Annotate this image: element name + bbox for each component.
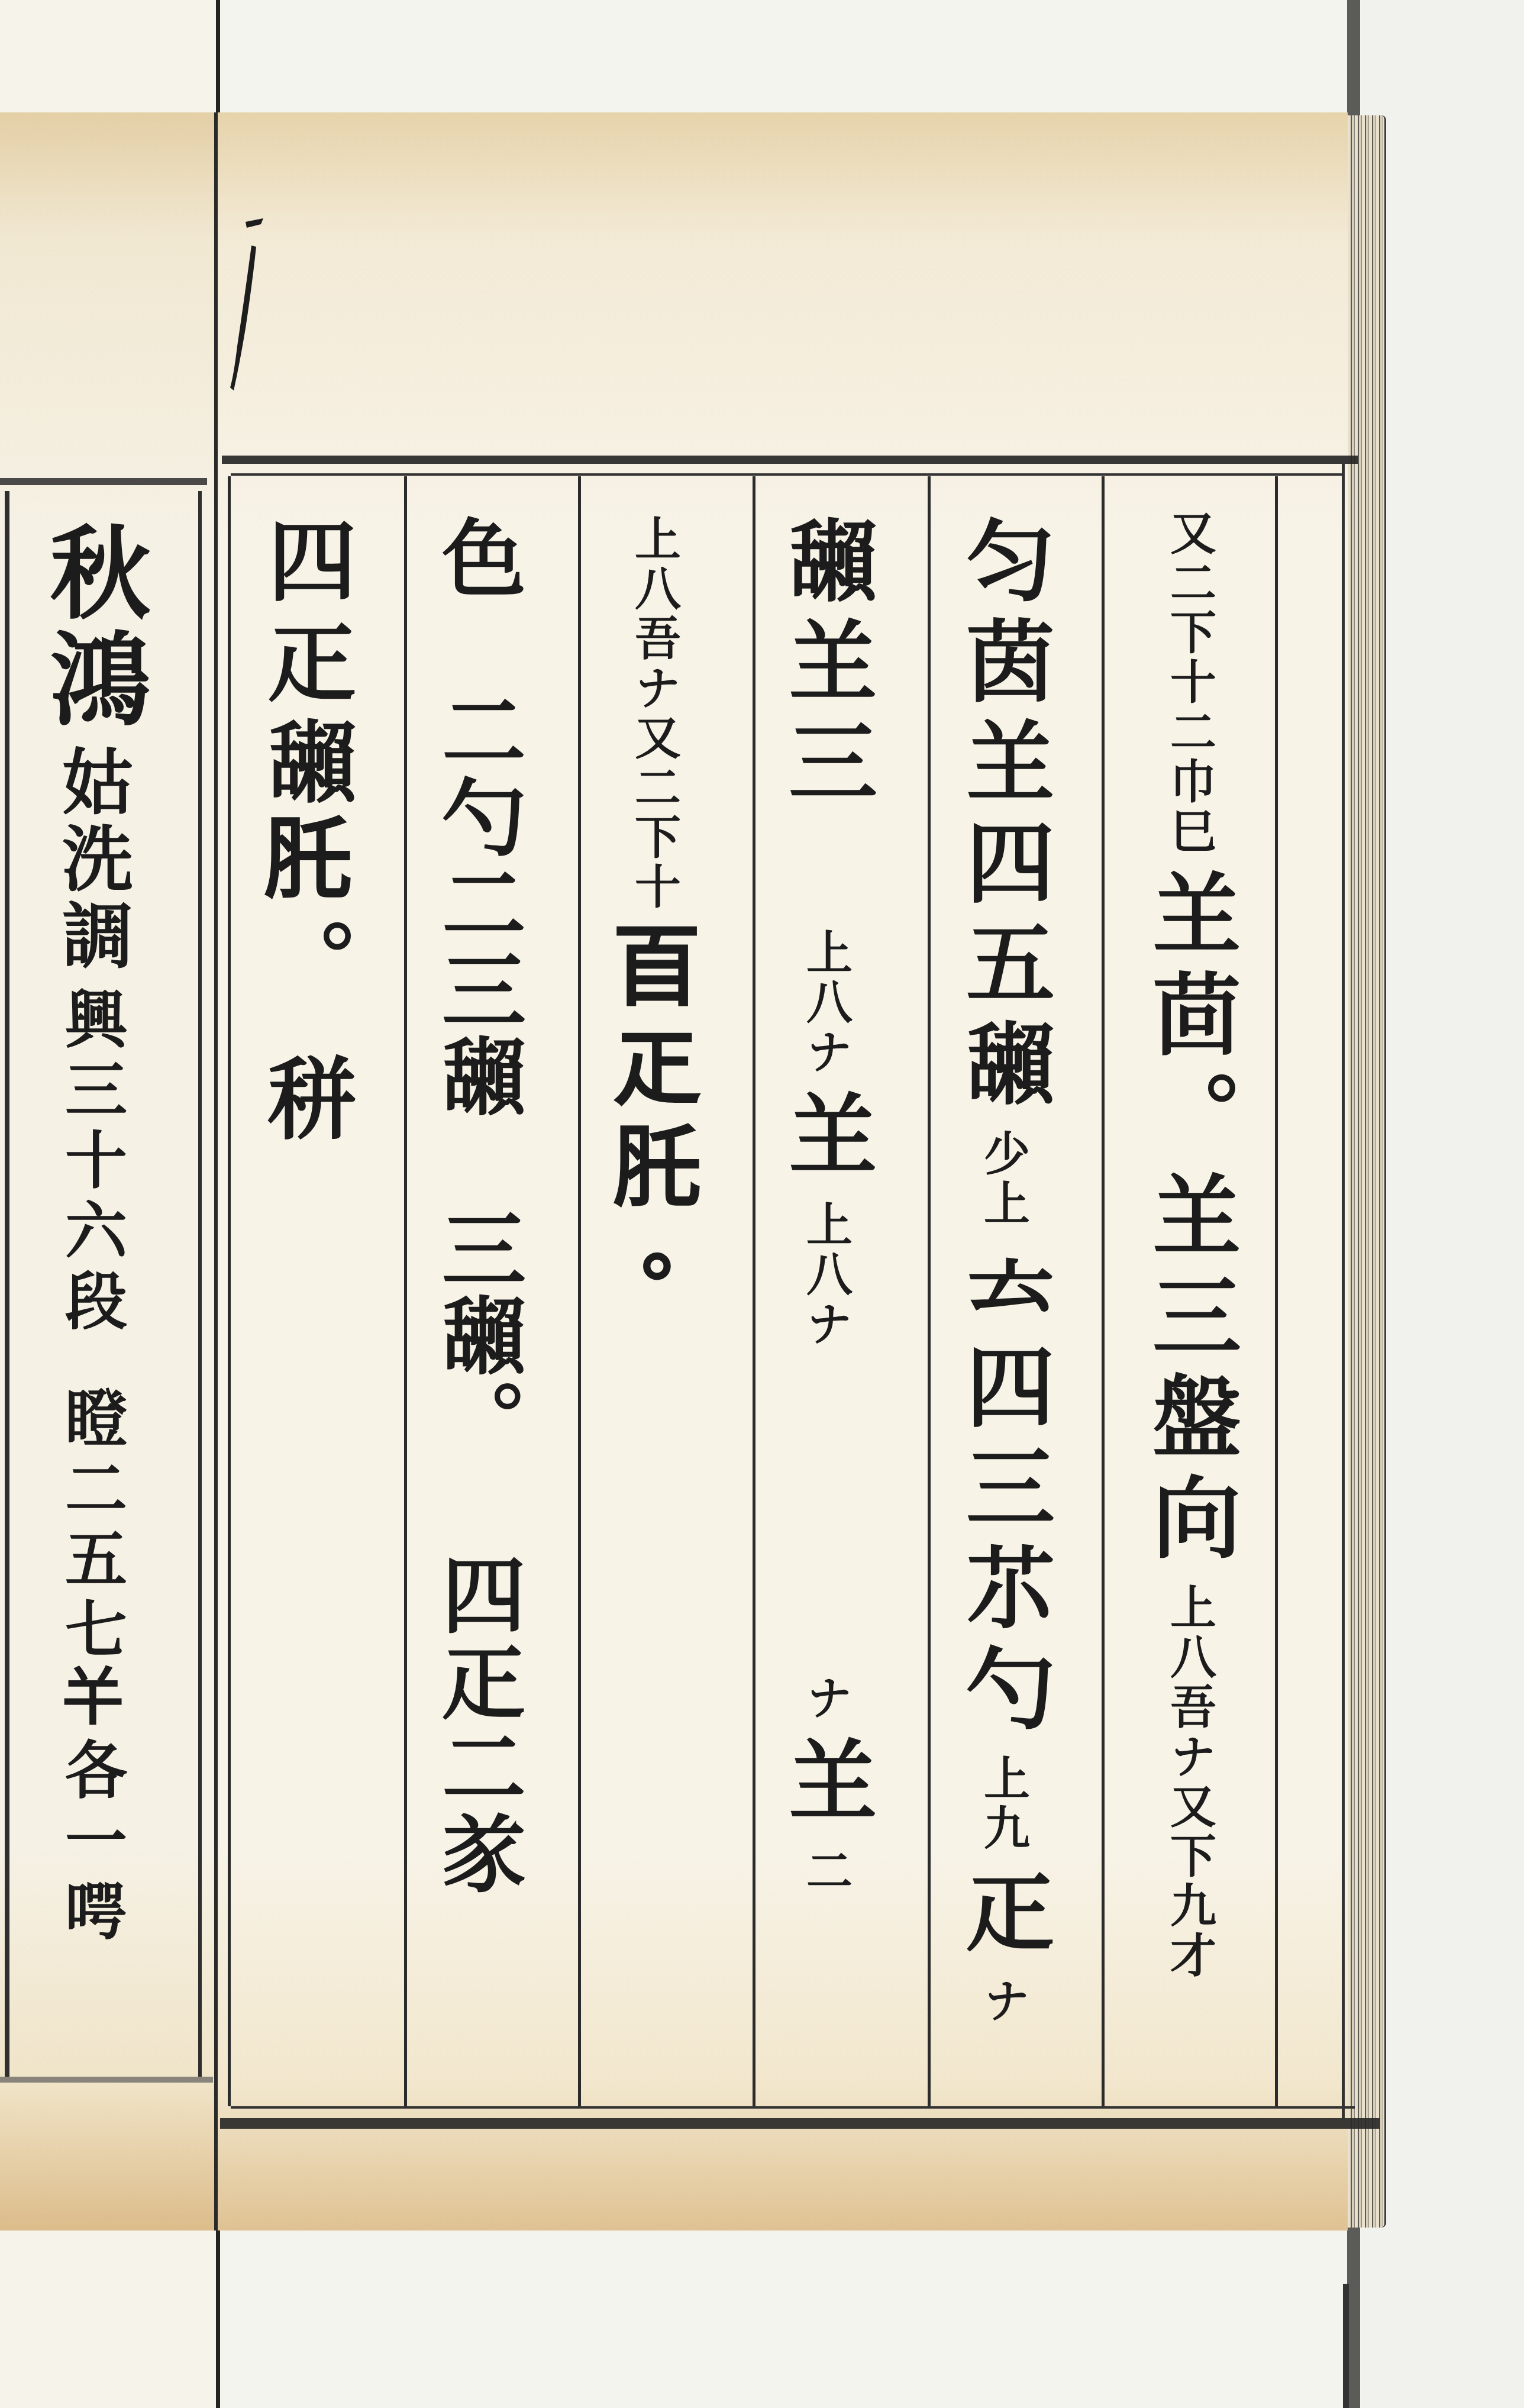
column-tablature: 𥞩 (260, 1053, 349, 1153)
column-rule (1275, 476, 1278, 2106)
column-annotation: 上九 (980, 1754, 1026, 1854)
piece-mode: 姑洗調 (56, 745, 127, 976)
column-tablature: 色𦒳二勺二三𦧺𦐆三𦧺。𠪚四𤴓二㒸 (435, 515, 519, 1897)
piece-section-count: 興三十六段 (60, 987, 122, 1339)
frame-bottom-rule (220, 2118, 1380, 2129)
frame-top-rule (222, 456, 1358, 464)
tablature-column-1: 又二下十二巾巳 𦍌茴。𦍌三盤向 上八吾ナ又下九才 (1145, 509, 1234, 1981)
column-rule (404, 476, 407, 2106)
title-column: 秋鴻 姑洗調 興三十六段 瞪二五七𢆉各一㗁 (41, 521, 142, 1949)
tablature-column-3: 𦧺𦍌三𠚑 上八ナ 𦍌 上八ナ 𦐆䒕𤴓 ナ 𦍌 二 (781, 515, 870, 1896)
column-annotation: 少上 (980, 1129, 1026, 1229)
column-tablature: 𦣻𤴓𦘴。 (609, 924, 698, 1326)
tablature-column-2: 匀茵𦍌四五𦧺 少上 𠫓四三䒕勺 上九 𤴓 ナ (958, 515, 1047, 2026)
column-annotation: ナ (802, 1674, 848, 1723)
frame-top-inner-rule (231, 473, 1343, 476)
brush-mark-icon (222, 210, 275, 405)
piece-tuning-note: 瞪二五七𢆉各一㗁 (60, 1386, 122, 1949)
column-tablature: 𦧺𦍌三𠚑 (781, 515, 870, 917)
left-frame-bottom (0, 2077, 213, 2083)
column-annotation: 上八ナ (802, 928, 848, 1077)
piece-title: 秋鴻 (41, 521, 142, 734)
column-rule (578, 476, 581, 2106)
column-tablature: 𦐆䒕𤴓 (781, 1361, 870, 1663)
left-column-rule (5, 491, 9, 2077)
book-gutter (214, 112, 218, 2231)
column-tablature: 𤴓 (958, 1865, 1047, 1965)
column-rule (753, 476, 755, 2106)
column-annotation: 又二下十二巾巳 (1166, 509, 1212, 857)
binding-strip-bottom (1343, 2284, 1349, 2408)
left-frame-top (0, 478, 207, 485)
column-tablature: 匀茵𦍌四五𦧺 (958, 515, 1047, 1118)
column-tablature: 𦍌茴。𦍌三盤向 (1145, 868, 1234, 1572)
column-tablature: 𦍌 (781, 1735, 870, 1835)
column-annotation: 上八吾ナ又二下十 (631, 515, 677, 912)
column-tablature: 𠫓四三䒕勺 (958, 1240, 1047, 1743)
frame-bottom-inner-rule (231, 2106, 1355, 2109)
column-annotation: 二 (802, 1847, 848, 1896)
column-tablature: 𦍌 (781, 1089, 870, 1189)
tablature-column-5: 色𦒳二勺二三𦧺𦐆三𦧺。𠪚四𤴓二㒸 (435, 515, 519, 1897)
column-rule (228, 476, 231, 2106)
column-rule (1102, 476, 1105, 2106)
frame-right-rule (1342, 464, 1345, 2120)
tablature-column-6: 四𤴓𦧺𦘴。 𥞩 (260, 515, 349, 1153)
tablature-column-4: 上八吾ナ又二下十 𦣻𤴓𦘴。 (609, 515, 698, 1326)
column-tablature: 四𤴓𦧺𦘴。 (260, 515, 349, 1018)
page-edges (1348, 115, 1386, 2228)
left-column-rule (198, 491, 202, 2077)
column-annotation: 上八ナ (802, 1200, 848, 1350)
column-annotation: 上八吾ナ又下九才 (1166, 1583, 1212, 1981)
column-rule (928, 476, 931, 2106)
column-annotation: ナ (980, 1977, 1026, 2026)
